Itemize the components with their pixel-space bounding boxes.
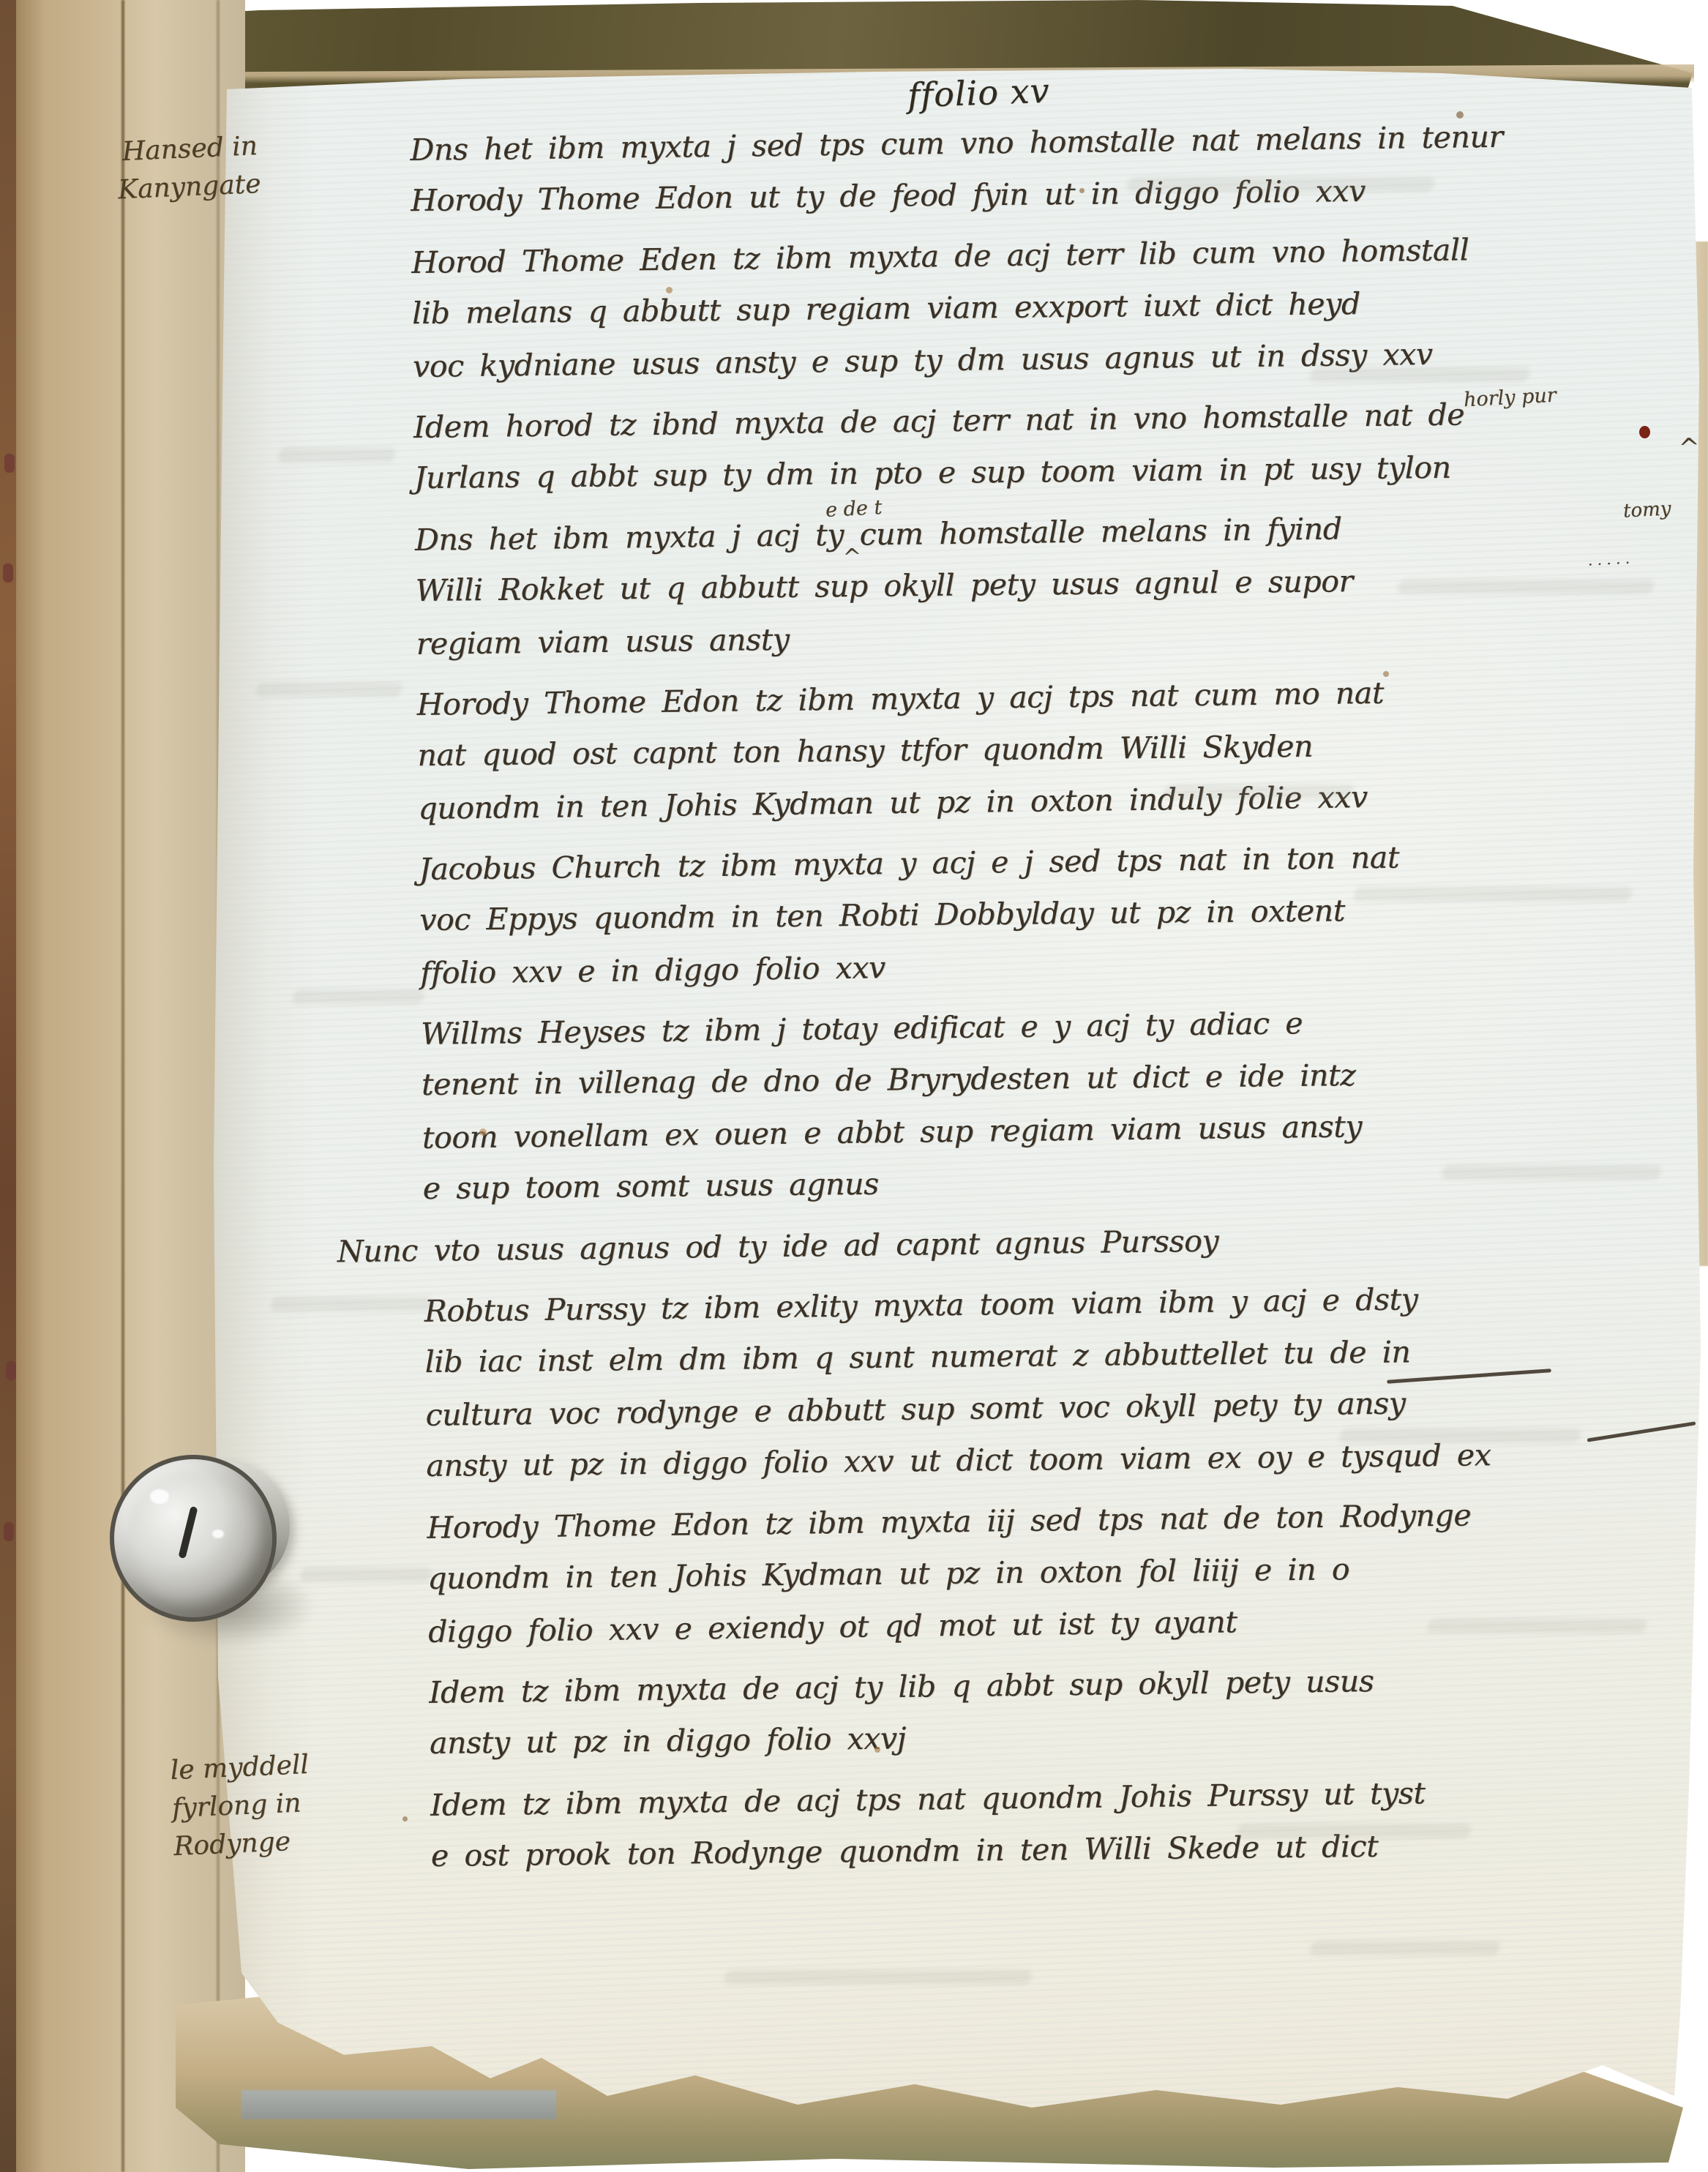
red-ink-spot <box>1639 426 1650 438</box>
sewing-spot <box>3 563 13 583</box>
interlinear-note: ^ <box>842 544 862 570</box>
margin-note-top: Hansed in Kanyngate <box>121 127 262 209</box>
interlinear-note: ^ <box>1678 432 1701 463</box>
manuscript-photo: ffolio xv Dns het ibm myxta j sed tps cu… <box>0 0 1708 2172</box>
interlinear-note: · · · · · <box>1587 554 1630 574</box>
showthrough-mark <box>299 1568 433 1582</box>
paper-speck <box>1079 188 1085 193</box>
showthrough-mark <box>1235 1824 1472 1838</box>
showthrough-mark <box>269 1297 433 1311</box>
manuscript-line: Nunc vto usus agnus od ty ide ad capnt a… <box>337 1209 1708 1278</box>
interlinear-note: tomy <box>1622 498 1671 522</box>
showthrough-mark <box>1125 177 1436 192</box>
sewing-spot <box>4 1522 14 1541</box>
margin-note-line: fyrlong in <box>171 1784 311 1828</box>
boss-glint <box>212 1529 224 1538</box>
manuscript-paragraph: Idem tz ibm myxta de acj tps nat quondm … <box>430 1764 1708 1884</box>
boss-glint <box>150 1489 169 1504</box>
interlinear-note: horly pur <box>1463 384 1557 412</box>
showthrough-mark <box>291 989 426 1004</box>
showthrough-mark <box>1162 784 1355 799</box>
spine-outer-edge <box>0 0 16 2172</box>
margin-note-line: le myddell <box>170 1746 310 1790</box>
interlinear-note: e de t <box>825 496 883 522</box>
showthrough-mark <box>1396 580 1655 594</box>
showthrough-mark <box>1308 367 1531 382</box>
manuscript-page: ffolio xv Dns het ibm myxta j sed tps cu… <box>212 67 1708 2172</box>
manuscript-paragraph: Dns het ibm myxta j sed tps cum vno homs… <box>410 108 1707 228</box>
gutter-crease <box>121 0 124 2172</box>
sewing-spot <box>6 1361 16 1380</box>
paper-speck <box>874 1747 880 1753</box>
manuscript-paragraph: Nunc vto usus agnus od ty ide ad capnt a… <box>337 1209 1708 1278</box>
showthrough-mark <box>255 682 404 697</box>
margin-note-line: Rodynge <box>173 1822 312 1866</box>
showthrough-mark <box>1352 887 1633 902</box>
manuscript-paragraph: Idem tz ibm myxta de acj ty lib q abbt s… <box>429 1651 1708 1771</box>
manuscript-paragraph: Willms Heyses tz ibm j totay edificat e … <box>421 992 1708 1216</box>
manuscript-paragraph: Robtus Purssy tz ibm exlity myxta toom v… <box>424 1270 1708 1494</box>
paper-speck <box>402 1816 408 1821</box>
manuscript-paragraph: Jacobus Church tz ibm myxta y acj e j se… <box>419 828 1708 1000</box>
metal-boss <box>110 1455 277 1622</box>
manuscript-paragraph: Horody Thome Edon tz ibm myxta y acj tps… <box>416 663 1708 835</box>
showthrough-mark <box>723 1970 1033 1985</box>
paper-speck <box>1383 671 1389 677</box>
margin-note-line: Hansed in <box>121 127 260 171</box>
paper-speck <box>479 1128 487 1136</box>
showthrough-mark <box>1426 1619 1648 1633</box>
showthrough-mark <box>1338 1428 1582 1443</box>
showthrough-mark <box>1440 1165 1663 1180</box>
showthrough-mark <box>277 448 397 463</box>
showthrough-mark <box>1308 1941 1502 1955</box>
margin-note-line: Kanyngate <box>117 165 261 209</box>
sewing-spot <box>4 454 15 473</box>
folio-heading: ffolio xv <box>907 71 1050 116</box>
paper-speck <box>666 287 673 293</box>
margin-note-bottom: le myddell fyrlong in Rodynge <box>170 1746 313 1866</box>
paper-speck <box>1456 111 1464 119</box>
under-leaf-sliver <box>241 2090 556 2119</box>
